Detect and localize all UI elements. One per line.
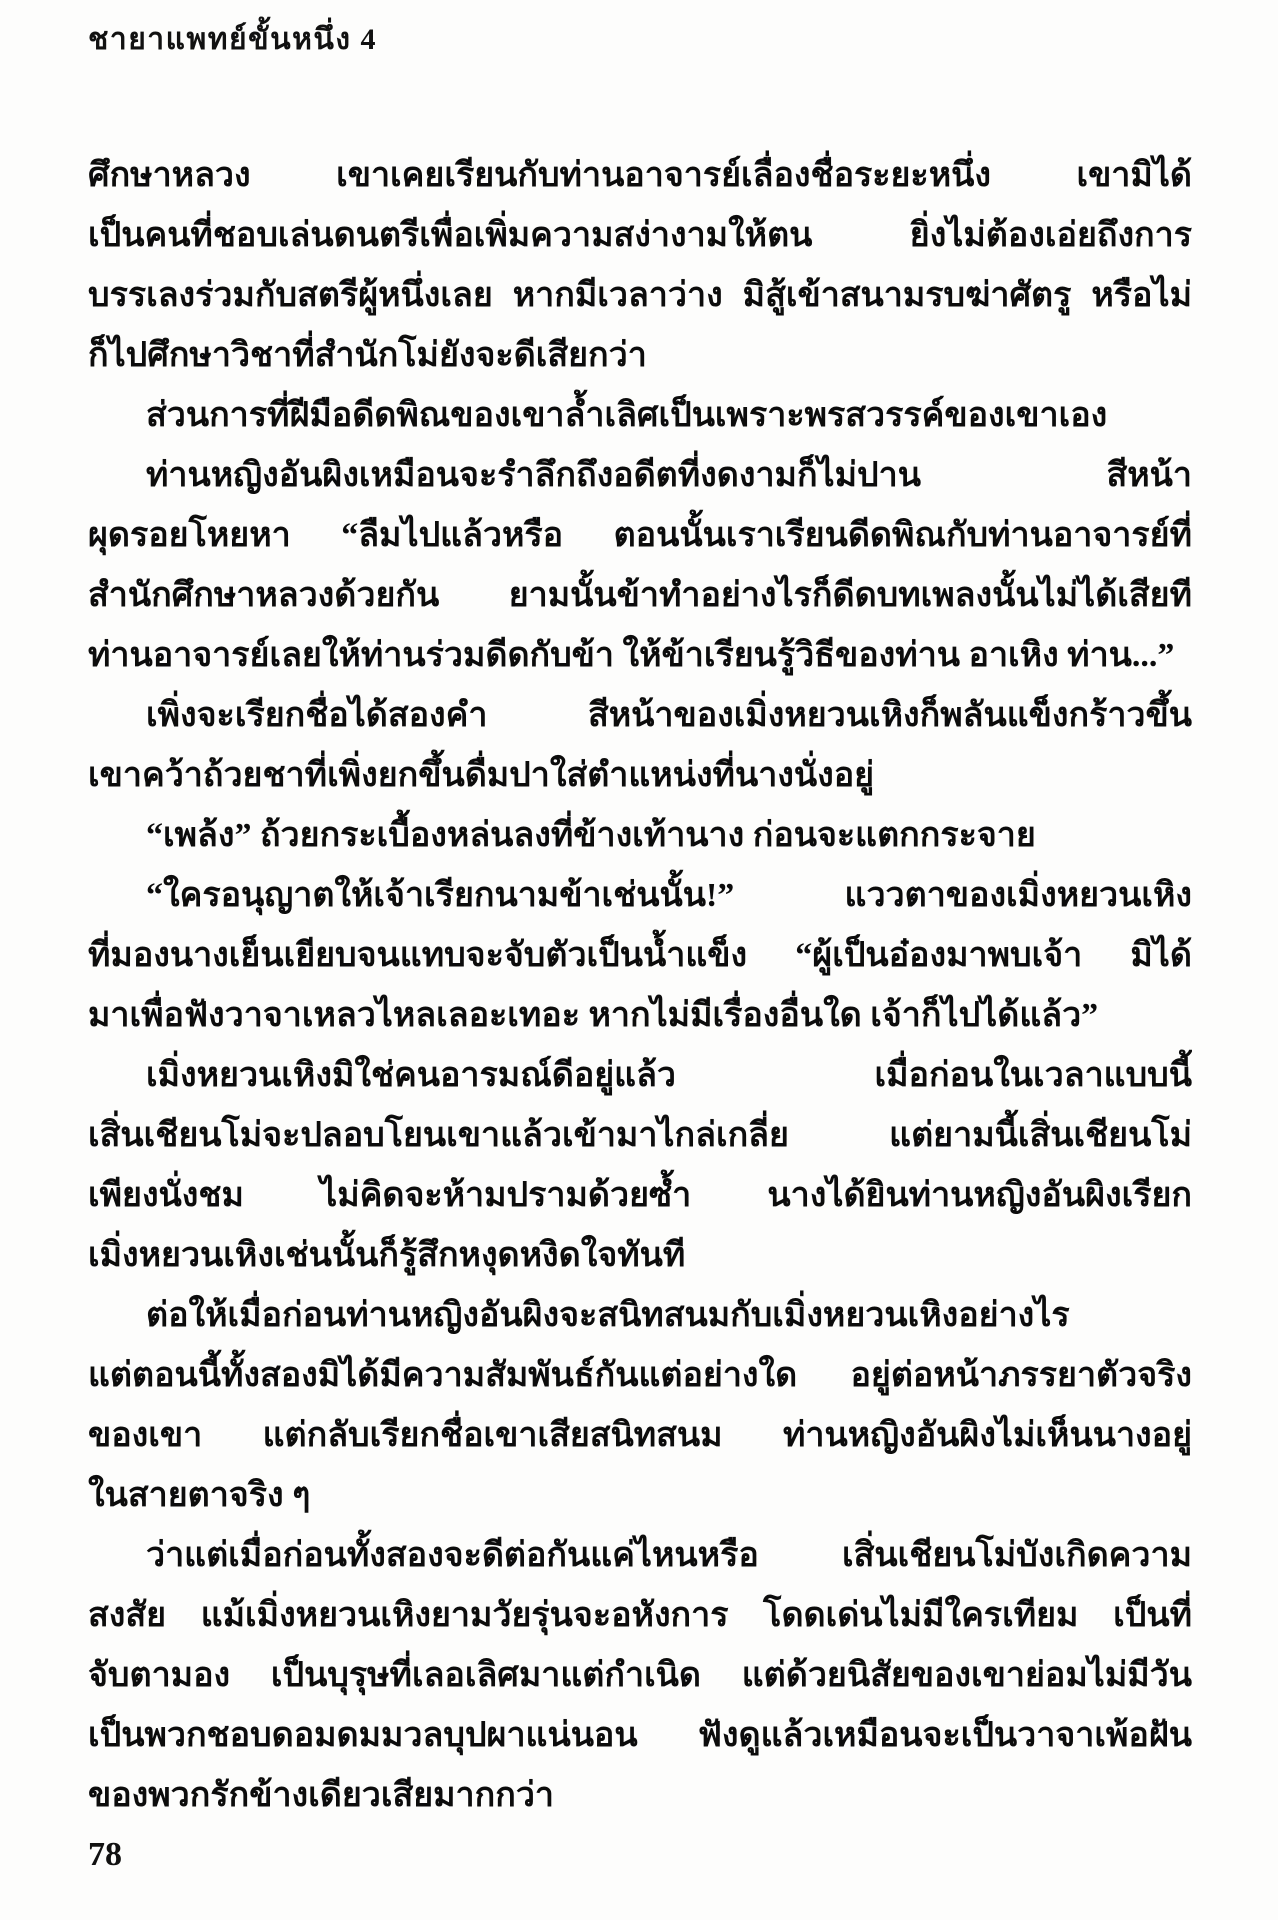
text-line: “เพล้ง” ถ้วยกระเบื้องหล่นลงที่ข้างเท้านา… <box>88 806 1192 866</box>
text-line: ก็ไปศึกษาวิชาที่สำนักโม่ยังจะดีเสียกว่า <box>88 326 1192 386</box>
text-line: ที่มองนางเย็นเยียบจนแทบจะจับตัวเป็นน้ำแข… <box>88 926 1192 986</box>
page-number: 78 <box>88 1836 122 1874</box>
running-header: ชายาแพทย์ขั้นหนึ่ง 4 <box>88 16 377 63</box>
text-line: ในสายตาจริง ๆ <box>88 1466 1192 1526</box>
text-line: สำนักศึกษาหลวงด้วยกัน ยามนั้นข้าทำอย่างไ… <box>88 566 1192 626</box>
text-line: ท่านอาจารย์เลยให้ท่านร่วมดีดกับข้า ให้ข้… <box>88 626 1192 686</box>
text-line: เมิ่งหยวนเหิงเช่นนั้นก็รู้สึกหงุดหงิดใจท… <box>88 1226 1192 1286</box>
book-page: ชายาแพทย์ขั้นหนึ่ง 4 ศึกษาหลวง เขาเคยเรี… <box>0 0 1278 1920</box>
text-line: สงสัย แม้เมิ่งหยวนเหิงยามวัยรุ่นจะอหังกา… <box>88 1586 1192 1646</box>
text-line: ส่วนการที่ฝีมือดีดพิณของเขาล้ำเลิศเป็นเพ… <box>88 386 1192 446</box>
text-line: ของเขา แต่กลับเรียกชื่อเขาเสียสนิทสนม ท่… <box>88 1406 1192 1466</box>
text-line: ท่านหญิงอันผิงเหมือนจะรำลึกถึงอดีตที่งดง… <box>88 446 1192 506</box>
text-line: เขาคว้าถ้วยชาที่เพิ่งยกขึ้นดื่มปาใส่ตำแห… <box>88 746 1192 806</box>
text-line: บรรเลงร่วมกับสตรีผู้หนึ่งเลย หากมีเวลาว่… <box>88 266 1192 326</box>
text-line: เป็นพวกชอบดอมดมมวลบุปผาแน่นอน ฟังดูแล้วเ… <box>88 1706 1192 1766</box>
text-line: ศึกษาหลวง เขาเคยเรียนกับท่านอาจารย์เลื่อ… <box>88 146 1192 206</box>
text-line: “ใครอนุญาตให้เจ้าเรียกนามข้าเช่นนั้น!” แ… <box>88 866 1192 926</box>
text-line: มาเพื่อฟังวาจาเหลวไหลเลอะเทอะ หากไม่มีเร… <box>88 986 1192 1046</box>
text-line: จับตามอง เป็นบุรุษที่เลอเลิศมาแต่กำเนิด … <box>88 1646 1192 1706</box>
text-line: แต่ตอนนี้ทั้งสองมิได้มีความสัมพันธ์กันแต… <box>88 1346 1192 1406</box>
text-line: เมิ่งหยวนเหิงมิใช่คนอารมณ์ดีอยู่แล้ว เมื… <box>88 1046 1192 1106</box>
text-line: ผุดรอยโหยหา “ลืมไปแล้วหรือ ตอนนั้นเราเรี… <box>88 506 1192 566</box>
text-line: เพิ่งจะเรียกชื่อได้สองคำ สีหน้าของเมิ่งห… <box>88 686 1192 746</box>
text-line: เพียงนั่งชม ไม่คิดจะห้ามปรามด้วยซ้ำ นางไ… <box>88 1166 1192 1226</box>
text-body: ศึกษาหลวง เขาเคยเรียนกับท่านอาจารย์เลื่อ… <box>88 146 1192 1826</box>
text-line: ต่อให้เมื่อก่อนท่านหญิงอันผิงจะสนิทสนมกั… <box>88 1286 1192 1346</box>
text-line: เสิ่นเชียนโม่จะปลอบโยนเขาแล้วเข้ามาไกล่เ… <box>88 1106 1192 1166</box>
text-line: ว่าแต่เมื่อก่อนทั้งสองจะดีต่อกันแค่ไหนหร… <box>88 1526 1192 1586</box>
text-line: เป็นคนที่ชอบเล่นดนตรีเพื่อเพิ่มความสง่าง… <box>88 206 1192 266</box>
text-line: ของพวกรักข้างเดียวเสียมากกว่า <box>88 1766 1192 1826</box>
